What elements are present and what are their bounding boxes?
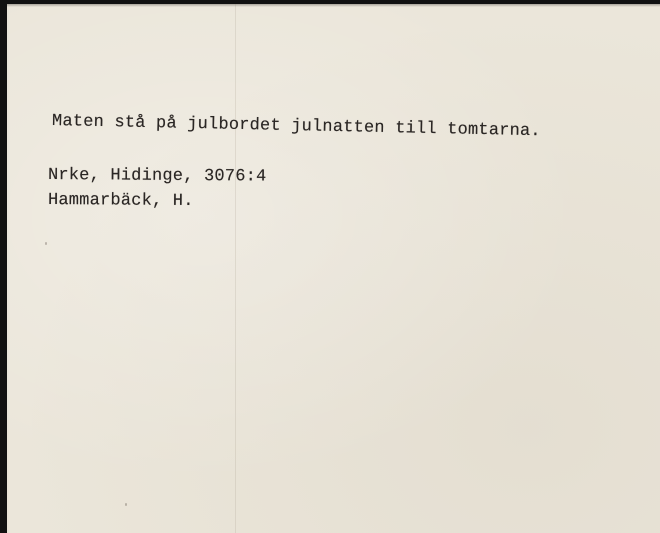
paper-speck [125,503,127,506]
informant-name: Hammarbäck, H. [48,191,194,211]
scanned-card-image: Maten stå på julbordet julnatten till to… [0,0,660,533]
location-and-reference: Nrke, Hidinge, 3076:4 [48,166,267,187]
record-text: Maten stå på julbordet julnatten till to… [52,112,541,141]
top-edge-shadow [7,4,660,7]
paper-crease [235,4,236,533]
paper-speck [45,242,47,245]
index-card: Maten stå på julbordet julnatten till to… [7,4,660,533]
